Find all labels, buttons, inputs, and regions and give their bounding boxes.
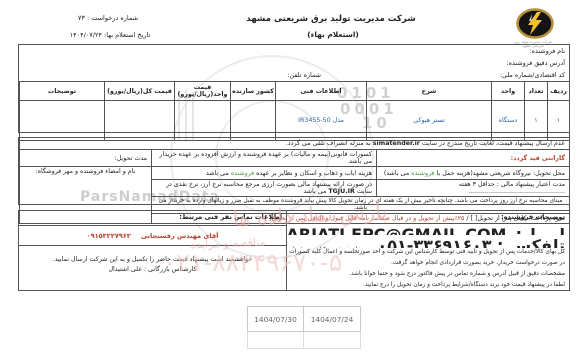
deadline-text-post: به منزله انصراف تلقی می گردد. [286, 140, 373, 147]
footer-box: توضیحات فروشنده: ایمیل: SHARIATI.FPC@GMA… [18, 210, 570, 291]
footer-line-4: لطفاً در پیشنهاد قیمت خود برند دستگاه/شر… [287, 281, 569, 292]
deadline-text-pre: عدم ارسال پیشنهاد قیمت، لغایت تاریخ مندر… [420, 140, 565, 147]
inquiry-form-page: { "colors": { "accent_red": "#b8432e", "… [0, 0, 576, 361]
tech-contact-row: آقای مهندس رفسنجانی ۰۹۱۵۳۲۲۷۹۶۳ [19, 226, 286, 246]
cell-notes [20, 101, 105, 141]
vendor-economic-code-label: کد اقتصادی/شماره ملی: [500, 71, 565, 79]
telefax-label: تلفکس : [491, 236, 565, 248]
tech-contact-header: اطلاعات تماس نفر فنی مرتبط: [19, 211, 286, 226]
travel-cost-cell: هزینه ایاب و ذهاب و اسکان و نظایر بر عهد… [152, 167, 377, 180]
col-unit-price: قیمت واحد(ریال/یورو) [175, 82, 231, 101]
col-country: کشور سازنده [231, 82, 276, 101]
footer-note-area: خواهشمند است پیشنهاد قیمت حاضر را تکمیل … [19, 246, 286, 273]
email-label: ایمیل: [516, 225, 565, 235]
date-cell-empty [247, 332, 304, 349]
col-tech: اطلاعات فنی [276, 82, 367, 101]
travel-pre: هزینه ایاب و ذهاب و اسکان و نظایر بر عهد… [254, 170, 372, 177]
place-seller-highlight: فروشنده [411, 170, 434, 177]
cell-qty: ۱ [525, 101, 548, 141]
date-cell-end: 1404/07/24 [304, 306, 361, 332]
commercial-expert: کارشناس بازرگانی : علی اشتیدال [19, 266, 286, 274]
vendor-name-label: نام فروشنده: [529, 47, 565, 55]
vendor-phone-label: شماره تلفن: [287, 71, 321, 79]
item-row: ۱ ۱ دستگاه تستر هیوکی مدل IR3455-50 [20, 101, 570, 141]
postal-address: نشانی: مشهد - کیلومتر ۱۰ جاده سرخس - نیر… [287, 247, 364, 248]
col-qty: تعداد [525, 82, 548, 101]
cell-radif: ۱ [548, 101, 570, 141]
tech-contact-name: آقای مهندس رفسنجانی [141, 232, 219, 240]
fx-reference-cell: در صورت ارائه پیشنهاد مالی بصورت ارزی مر… [152, 180, 377, 197]
footer-line-1: کل بهای کالا/خدمات پس از تحویل و تأیید ف… [287, 248, 569, 259]
vendor-fields: نام فروشنده: آدرس دقیق فروشنده: کد اقتصا… [19, 45, 569, 81]
delivery-place-cell: محل تحویل: نیروگاه شریعتی مشهد(هزینه حمل… [377, 167, 570, 180]
condition-row-deadline: عدم ارسال پیشنهاد قیمت، لغایت تاریخ مندر… [19, 138, 569, 150]
col-notes: توضیحات [20, 82, 105, 101]
email-value: SHARIATI.FPC@GMAIL.COM [287, 225, 506, 235]
tender-site-text: simatender.ir [373, 140, 420, 147]
date-range-widget: 1404/07/30 1404/07/24 [247, 306, 361, 349]
footer-line-3: مشخصات دقیق از قبیل آدرس و شماره تماس در… [287, 270, 569, 281]
guarantee-label: گارانتی قید گردد: [377, 150, 570, 167]
deadline-cell: عدم ارسال پیشنهاد قیمت، لغایت تاریخ مندر… [19, 138, 569, 150]
col-total-price: قیمت کل(ریال/یورو) [105, 82, 175, 101]
col-unit: واحد [492, 82, 525, 101]
col-radif: ردیف [548, 82, 570, 101]
fx-site-text: TGJU.IR [328, 188, 355, 195]
place-post: می باشد) [384, 170, 411, 177]
delivery-duration-label: مدت تحویل: [19, 150, 151, 167]
lightning-logo-icon [516, 8, 554, 39]
footer-right-column: توضیحات فروشنده: ایمیل: SHARIATI.FPC@GMA… [286, 211, 569, 290]
footer-left-column: اطلاعات تماس نفر فنی مرتبط: آقای مهندس ر… [19, 211, 286, 290]
items-box: نام فروشنده: آدرس دقیق فروشنده: کد اقتصا… [18, 44, 570, 133]
conditions-box: عدم ارسال پیشنهاد قیمت، لغایت تاریخ مندر… [18, 137, 570, 205]
condition-row-place: محل تحویل: نیروگاه شریعتی مشهد(هزینه حمل… [19, 167, 569, 180]
cell-tech: مدل IR3455-50 [276, 101, 367, 141]
vendor-address-label: آدرس دقیق فروشنده: [506, 59, 565, 67]
inquiry-date: تاریخ استعلام بها: ۱۴۰۴/۰۷/۲۴ [40, 32, 180, 40]
cell-country [231, 101, 276, 141]
tech-contact-phone: ۰۹۱۵۳۲۲۷۹۶۳ [87, 232, 131, 240]
items-table: ردیف تعداد واحد شرح اطلاعات فنی کشور ساز… [19, 81, 570, 141]
date-cell-start: 1404/07/30 [247, 306, 304, 332]
travel-post: می باشد [206, 170, 231, 177]
request-number: شماره درخواست : ۷۳ [48, 15, 168, 23]
footer-line-2: در صورت درخواست خریدار، خرید بصورت قرارد… [287, 259, 569, 270]
place-pre: محل تحویل: نیروگاه شریعتی مشهد(هزینه حمل… [435, 170, 565, 177]
validity-cell: مدت اعتبار پیشنهاد مالی : حداقل ۳ هفته .… [377, 180, 570, 197]
request-note: خواهشمند است پیشنهاد قیمت حاضر را تکمیل … [19, 256, 286, 264]
items-header-row: ردیف تعداد واحد شرح اطلاعات فنی کشور ساز… [20, 82, 570, 101]
company-logo [516, 8, 554, 39]
cell-unit: دستگاه [492, 101, 525, 141]
email-row: ایمیل: SHARIATI.FPC@GMAIL.COM [287, 224, 569, 235]
telefax-address-row: تلفکس : ۰۵۱-۳۳۶۹۱۶۰۳ نشانی: مشهد - کیلوم… [287, 235, 569, 248]
deductions-cell: کسورات قانونی(بیمه و مالیات) بر عهده فرو… [152, 150, 377, 167]
condition-row-guarantee: گارانتی قید گردد: کسورات قانونی(بیمه و م… [19, 150, 569, 167]
company-title: شرکت مدیریت تولید برق شریعتی مشهد [206, 14, 456, 24]
cell-total-price [105, 101, 175, 141]
cell-desc: تستر هیوکی [367, 101, 492, 141]
travel-seller-highlight: فروشنده [231, 170, 254, 177]
form-subtitle: (استعلام بهاء) [268, 30, 398, 39]
telefax-value: ۰۵۱-۳۳۶۹۱۶۰۳ [377, 236, 491, 248]
cell-unit-price [175, 101, 231, 141]
col-desc: شرح [367, 82, 492, 101]
fx-post: می باشد [303, 188, 328, 195]
seller-notes-label: توضیحات فروشنده: [287, 211, 569, 224]
date-cell-empty [304, 332, 361, 349]
